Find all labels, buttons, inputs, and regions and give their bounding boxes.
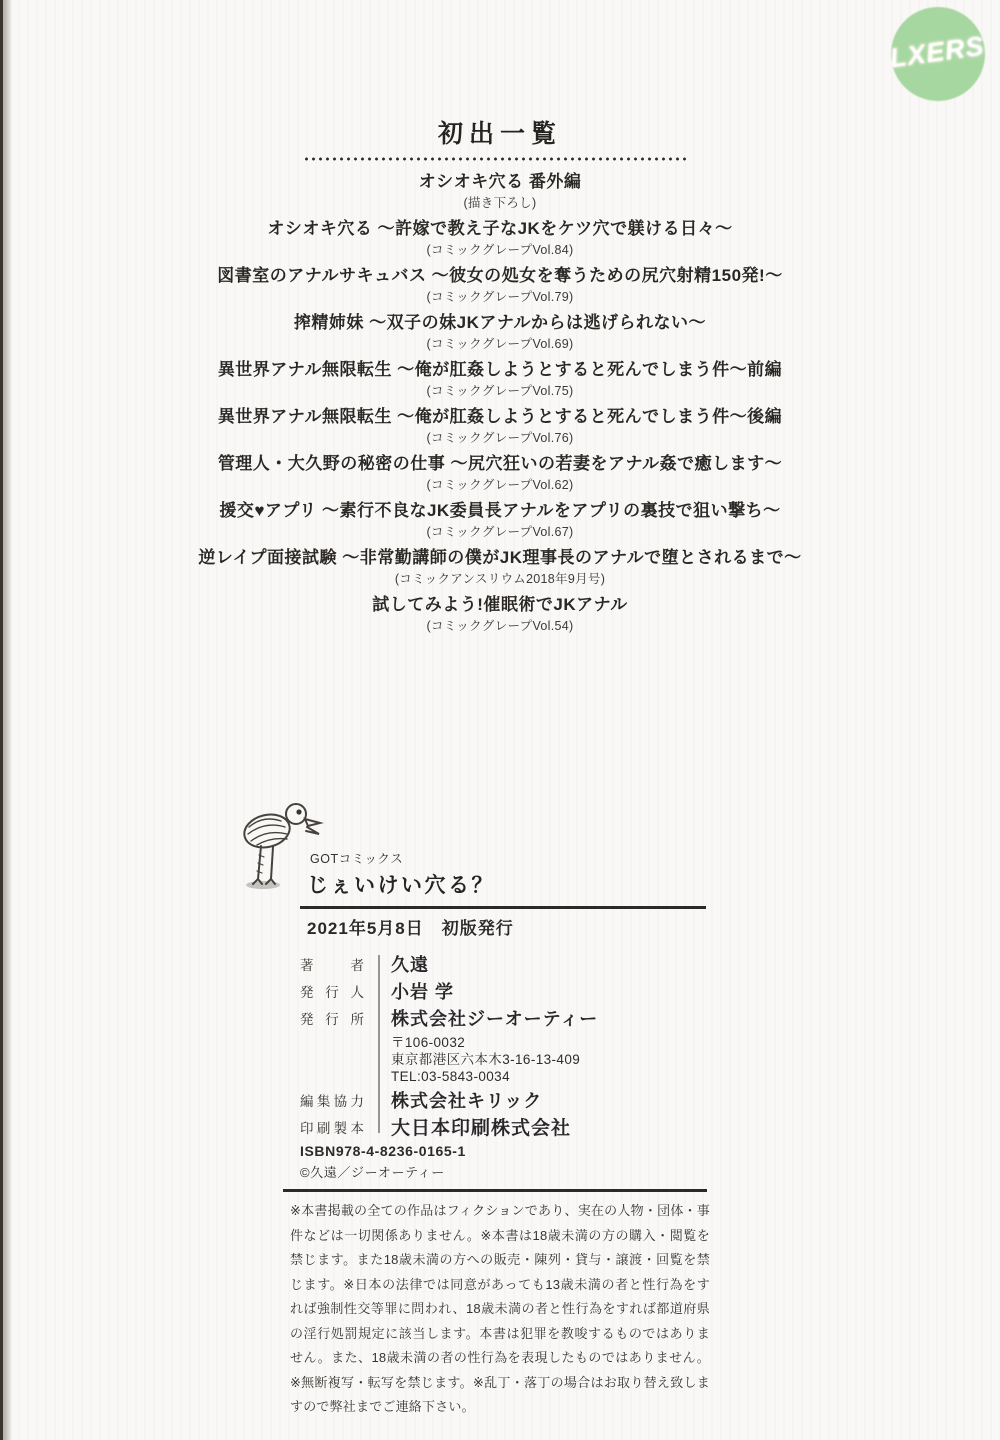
- list-item: オシオキ穴る ～許嫁で教え子なJKをケツ穴で躾ける日々～ (コミックグレープVo…: [267, 218, 732, 260]
- work-title: オシオキ穴る 番外編: [419, 171, 582, 193]
- work-source: (コミックグレープVol.62): [218, 475, 782, 495]
- list-item: オシオキ穴る 番外編 (描き下ろし): [419, 171, 582, 213]
- list-item: 試してみよう!催眠術でJKアナル (コミックグレープVol.54): [372, 594, 628, 636]
- row-label: 編集協力: [300, 1091, 364, 1112]
- address-line: 東京都港区六本木3-16-13-409: [391, 1051, 710, 1068]
- list-item: 図書室のアナルサキュバス ～彼女の処女を奪うための尻穴射精150発!～ (コミッ…: [217, 265, 782, 307]
- row-value: 小岩 学: [364, 982, 454, 1003]
- row-label: 発行所: [300, 1009, 364, 1030]
- work-title: 搾精姉妹 ～双子の妹JKアナルからは逃げられない～: [294, 312, 706, 334]
- edition-date: 2021年5月8日 初版発行: [307, 914, 514, 939]
- row-value: 株式会社ジーオーティー: [364, 1009, 598, 1030]
- book-title: じぇいけい穴る？: [307, 869, 495, 899]
- colophon-table: 著者 久遠 発行人 小岩 学 発行所 株式会社ジーオーティー 〒106-0032…: [300, 955, 710, 1145]
- phone-line: TEL:03-5843-0034: [391, 1068, 710, 1085]
- postal-code: 〒106-0032: [391, 1034, 710, 1051]
- work-source: (コミックグレープVol.67): [219, 522, 780, 542]
- work-title: 異世界アナル無限転生 ～俺が肛姦しようとすると死んでしまう件～後編: [218, 406, 782, 428]
- work-title: 試してみよう!催眠術でJKアナル: [372, 594, 628, 616]
- imprint-label: GOTコミックス: [310, 849, 403, 867]
- table-row: 発行人 小岩 学: [300, 982, 710, 1003]
- isbn-number: ISBN978-4-8236-0165-1: [300, 1143, 466, 1159]
- work-title: 逆レイプ面接試験 ～非常勤講師の僕がJK理事長のアナルで堕とされるまで～: [198, 547, 801, 569]
- work-title: 管理人・大久野の秘密の仕事 ～尻穴狂いの若妻をアナル姦で癒します～: [218, 453, 782, 475]
- list-item: 援交♥アプリ ～素行不良なJK委員長アナルをアプリの裏技で狙い撃ち～ (コミック…: [219, 500, 780, 542]
- disclaimer-text: ※本書掲載の全ての作品はフィクションであり、実在の人物・団体・事件などは一切関係…: [290, 1199, 710, 1420]
- work-title: 異世界アナル無限転生 ～俺が肛姦しようとすると死んでしまう件～前編: [218, 359, 782, 381]
- disclaimer-rule: [283, 1189, 707, 1192]
- publication-list-title: 初出一覧: [0, 114, 1000, 150]
- scanned-colophon-page: LXERS 初出一覧 オシオキ穴る 番外編 (描き下ろし) オシオキ穴る ～許嫁…: [0, 0, 1000, 1440]
- title-rule: [300, 906, 706, 909]
- work-title: オシオキ穴る ～許嫁で教え子なJKをケツ穴で躾ける日々～: [267, 218, 732, 240]
- watermark-label: LXERS: [889, 30, 987, 74]
- table-row: 印刷製本 大日本印刷株式会社: [300, 1118, 710, 1139]
- table-row: 編集協力 株式会社キリック: [300, 1091, 710, 1112]
- list-item: 搾精姉妹 ～双子の妹JKアナルからは逃げられない～ (コミックグレープVol.6…: [294, 312, 706, 354]
- work-source: (コミックグレープVol.84): [267, 240, 732, 260]
- table-row: 著者 久遠: [300, 955, 710, 976]
- work-source: (コミックグレープVol.79): [217, 287, 782, 307]
- row-value: 大日本印刷株式会社: [364, 1118, 571, 1139]
- work-source: (コミックグレープVol.76): [218, 428, 782, 448]
- watermark-badge: LXERS: [891, 7, 985, 101]
- work-title: 援交♥アプリ ～素行不良なJK委員長アナルをアプリの裏技で狙い撃ち～: [219, 500, 780, 522]
- list-item: 異世界アナル無限転生 ～俺が肛姦しようとすると死んでしまう件～前編 (コミックグ…: [218, 359, 782, 401]
- work-source: (コミックアンスリウム2018年9月号): [198, 569, 801, 589]
- list-item: 管理人・大久野の秘密の仕事 ～尻穴狂いの若妻をアナル姦で癒します～ (コミックグ…: [218, 453, 782, 495]
- work-source: (描き下ろし): [419, 193, 582, 213]
- row-value: 久遠: [364, 955, 429, 976]
- row-label: 発行人: [300, 982, 364, 1003]
- copyright-line: ©久遠／ジーオーティー: [300, 1162, 445, 1181]
- row-value: 株式会社キリック: [364, 1091, 542, 1112]
- work-source: (コミックグレープVol.75): [218, 381, 782, 401]
- dotted-divider: [303, 157, 687, 161]
- row-label: 印刷製本: [300, 1118, 364, 1139]
- publisher-address: 〒106-0032 東京都港区六本木3-16-13-409 TEL:03-584…: [300, 1034, 710, 1085]
- table-row: 発行所 株式会社ジーオーティー: [300, 1009, 710, 1030]
- row-label: 著者: [300, 955, 364, 976]
- list-item: 逆レイプ面接試験 ～非常勤講師の僕がJK理事長のアナルで堕とされるまで～ (コミ…: [198, 547, 801, 589]
- list-item: 異世界アナル無限転生 ～俺が肛姦しようとすると死んでしまう件～後編 (コミックグ…: [218, 406, 782, 448]
- work-title: 図書室のアナルサキュバス ～彼女の処女を奪うための尻穴射精150発!～: [217, 265, 782, 287]
- publication-list: オシオキ穴る 番外編 (描き下ろし) オシオキ穴る ～許嫁で教え子なJKをケツ穴…: [0, 171, 1000, 641]
- work-source: (コミックグレープVol.69): [294, 334, 706, 354]
- work-source: (コミックグレープVol.54): [372, 616, 628, 636]
